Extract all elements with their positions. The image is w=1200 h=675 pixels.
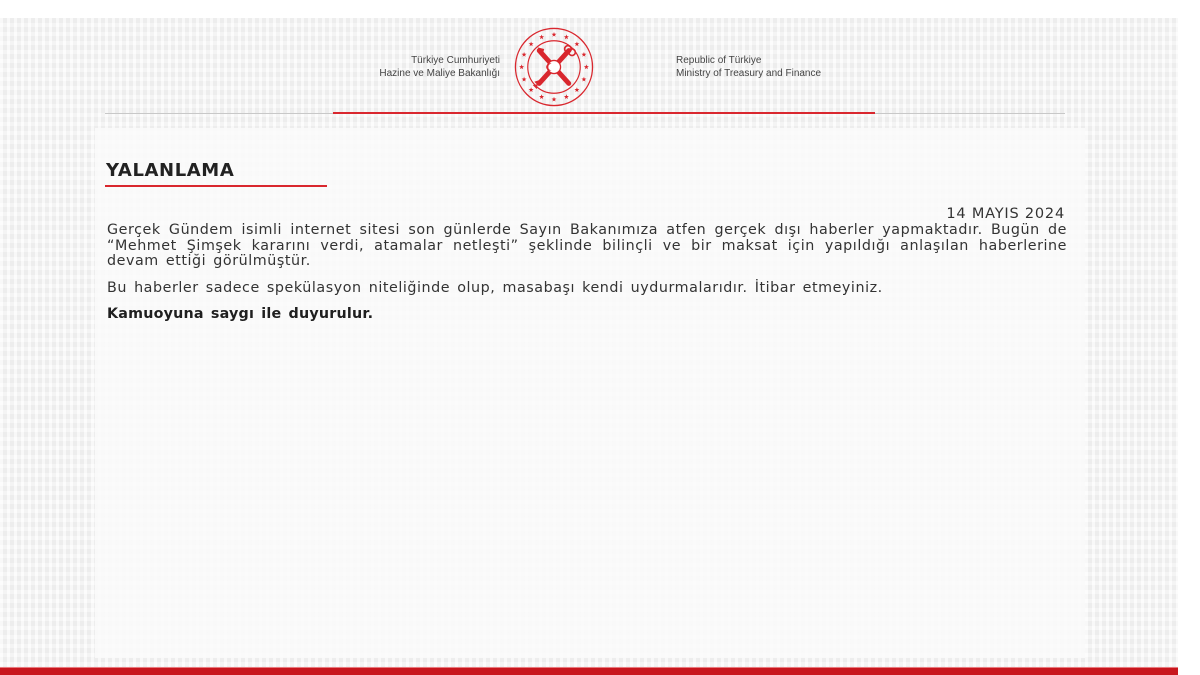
org-tr-line2: Hazine ve Maliye Bakanlığı <box>379 67 500 80</box>
document-page: Türkiye Cumhuriyeti Hazine ve Maliye Bak… <box>0 18 1178 675</box>
footer-accent-bar <box>0 667 1178 675</box>
org-tr-line1: Türkiye Cumhuriyeti <box>379 54 500 67</box>
letterhead: Türkiye Cumhuriyeti Hazine ve Maliye Bak… <box>0 18 1178 118</box>
org-en-line2: Ministry of Treasury and Finance <box>676 67 821 80</box>
document-date: 14 MAYIS 2024 <box>946 206 1065 222</box>
org-en-line1: Republic of Türkiye <box>676 54 821 67</box>
content-sheet <box>95 128 1085 658</box>
document-body: Gerçek Gündem isimli internet sitesi son… <box>107 223 1067 334</box>
org-name-turkish: Türkiye Cumhuriyeti Hazine ve Maliye Bak… <box>379 54 500 80</box>
closing-statement: Kamuoyuna saygı ile duyurulur. <box>107 307 1067 323</box>
org-name-english: Republic of Türkiye Ministry of Treasury… <box>676 54 821 80</box>
body-paragraph-1: Gerçek Gündem isimli internet sitesi son… <box>107 223 1067 270</box>
body-paragraph-2: Bu haberler sadece spekülasyon niteliğin… <box>107 281 1067 297</box>
ministry-emblem-icon <box>513 26 595 108</box>
document-title: YALANLAMA <box>106 160 234 181</box>
title-underline <box>105 185 327 187</box>
header-divider-accent <box>333 112 875 114</box>
